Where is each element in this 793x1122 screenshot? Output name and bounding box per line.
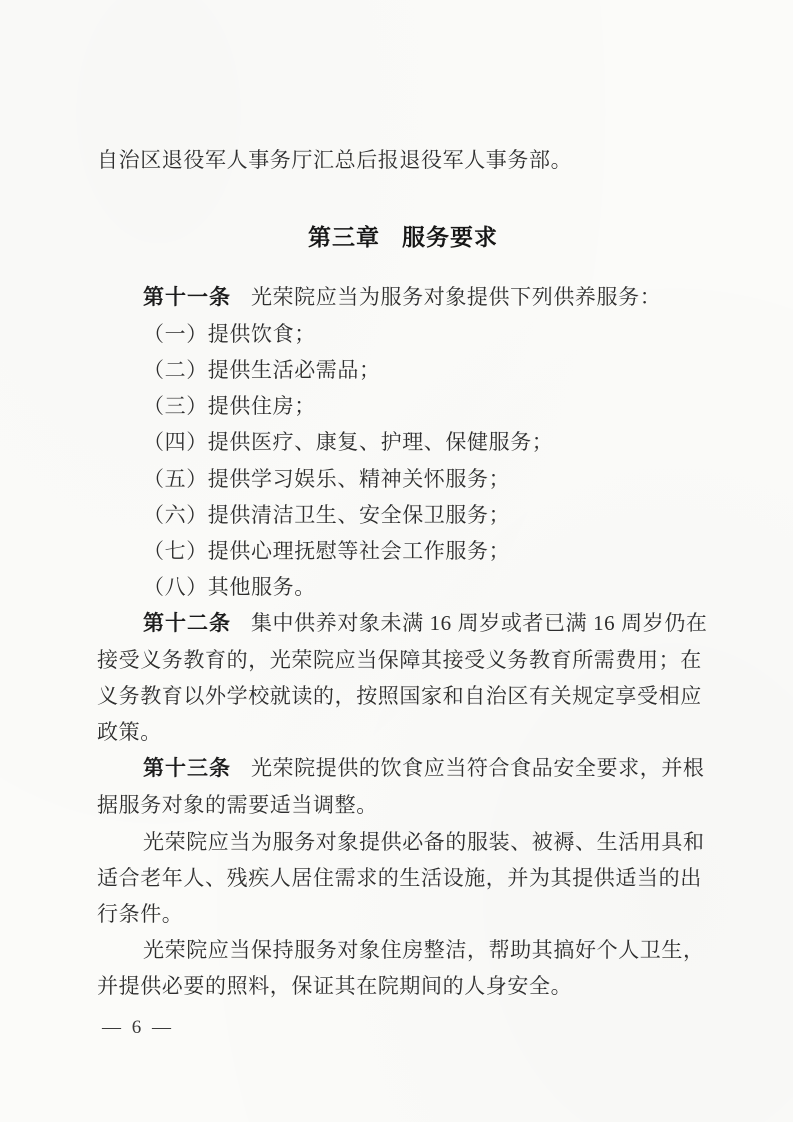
text-line: 义务教育以外学校就读的，按照国家和自治区有关规定享受相应 <box>97 678 709 714</box>
chapter-title: 服务要求 <box>402 224 498 250</box>
list-item-7: （七）提供心理抚慰等社会工作服务； <box>97 533 709 569</box>
article-12-number: 第十二条 <box>143 612 231 635</box>
text-line: 接受义务教育的，光荣院应当保障其接受义务教育所需费用；在 <box>97 642 709 678</box>
article-13-number: 第十三条 <box>143 757 231 780</box>
list-item-2: （二）提供生活必需品； <box>97 352 709 388</box>
list-item-3: （三）提供住房； <box>97 388 709 424</box>
article-11-opening-line: 第十一条光荣院应当为服务对象提供下列供养服务： <box>97 279 709 316</box>
line-text: 集中供养对象未满 16 周岁或者已满 16 周岁仍在 <box>251 611 708 635</box>
text-line: 据服务对象的需要适当调整。 <box>97 787 709 823</box>
text-line: 行条件。 <box>97 896 709 932</box>
page-number: — 6 — <box>102 1013 174 1043</box>
list-item-1: （一）提供饮食； <box>97 316 709 352</box>
scanned-document-page: 自治区退役军人事务厅汇总后报退役军人事务部。 第三章服务要求 第十一条光荣院应当… <box>0 0 793 1122</box>
paragraph-start-line: 光荣院应当保持服务对象住房整洁，帮助其搞好个人卫生， <box>97 932 709 968</box>
article-13-opening-line: 第十三条光荣院提供的饮食应当符合食品安全要求，并根 <box>97 750 709 787</box>
list-item-5: （五）提供学习娱乐、精神关怀服务； <box>97 461 709 497</box>
text-line: 并提供必要的照料，保证其在院期间的人身安全。 <box>97 968 709 1004</box>
paragraph-continuation-line: 自治区退役军人事务厅汇总后报退役军人事务部。 <box>97 142 709 178</box>
article-11-number: 第十一条 <box>143 286 231 309</box>
article-12-opening-line: 第十二条集中供养对象未满 16 周岁或者已满 16 周岁仍在 <box>97 605 709 642</box>
line-text: 光荣院应当为服务对象提供下列供养服务： <box>251 285 661 309</box>
chapter-number: 第三章 <box>308 224 380 250</box>
paragraph-start-line: 光荣院应当为服务对象提供必备的服装、被褥、生活用具和 <box>97 824 709 860</box>
text-line: 适合老年人、残疾人居住需求的生活设施，并为其提供适当的出 <box>97 860 709 896</box>
list-item-6: （六）提供清洁卫生、安全保卫服务； <box>97 497 709 533</box>
list-item-8: （八）其他服务。 <box>97 569 709 605</box>
line-text: 光荣院提供的饮食应当符合食品安全要求，并根 <box>251 756 705 780</box>
text-line: 政策。 <box>97 714 709 750</box>
document-body: 自治区退役军人事务厅汇总后报退役军人事务部。 第三章服务要求 第十一条光荣院应当… <box>97 142 709 1004</box>
chapter-heading: 第三章服务要求 <box>97 219 709 255</box>
list-item-4: （四）提供医疗、康复、护理、保健服务； <box>97 424 709 460</box>
